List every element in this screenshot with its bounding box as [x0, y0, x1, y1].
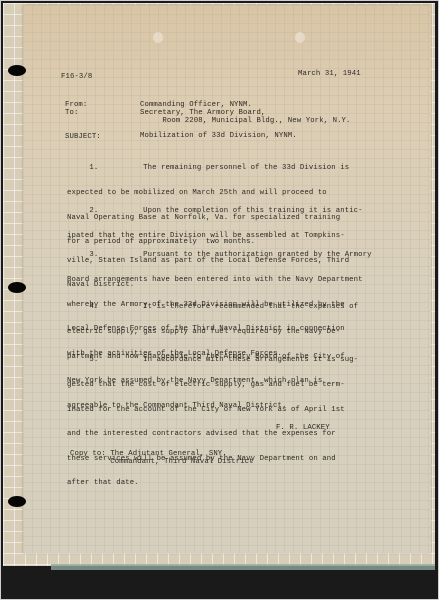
signature: F. R. LACKEY [276, 424, 330, 432]
binder-hole-top-icon [8, 65, 26, 76]
from-label: From: [65, 101, 87, 109]
to-value-line2: Room 2208, Municipal Bldg., New York, N.… [140, 117, 351, 125]
from-value: Commanding Officer, NYNM. [140, 101, 252, 109]
scan-frame: F16-3/8 March 31, 1941 From: Commanding … [0, 0, 439, 600]
copy-to-line1: Copy to: The Adjutant General, SNY. [70, 450, 227, 458]
subject-value: Mobilization of 33d Division, NYNM. [140, 132, 297, 140]
binder-hole-middle-icon [8, 282, 26, 293]
subject-label: SUBJECT: [65, 133, 101, 141]
binder-hole-bottom-icon [8, 496, 26, 507]
torn-edge [51, 564, 435, 570]
copy-to-line2: Commandant, Third Naval District [70, 458, 254, 466]
to-label: To: [65, 109, 78, 117]
top-punch-hole-left [153, 32, 163, 43]
letter-date: March 31, 1941 [298, 70, 361, 78]
top-punch-hole-right [295, 32, 305, 43]
paragraph-5: 5. In accordance with these arrangements… [67, 340, 358, 504]
file-reference: F16-3/8 [61, 73, 92, 81]
to-value-line1: Secretary, The Armory Board, [140, 109, 265, 117]
